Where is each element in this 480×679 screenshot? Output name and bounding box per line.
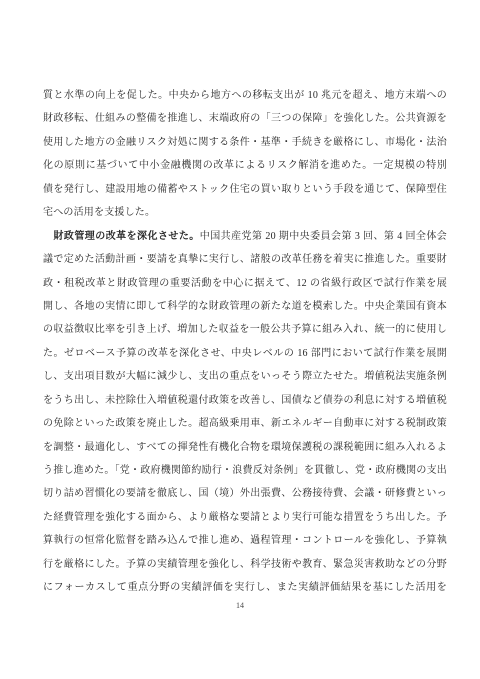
text-line: 議で定めた活動計画・要請を真摯に実行し、諸般の改革任務を着実に推進した。重要財 [43, 248, 447, 271]
page-number: 14 [0, 601, 480, 610]
text-line: 行を厳格にした。予算の実績管理を強化し、科学技術や教育、緊急災害救助などの分野 [43, 553, 447, 576]
text-line: にフォーカスして重点分野の実績評価を実行し、また実績評価結果を基にした活用を [43, 576, 447, 599]
text-line: 算執行の恒常化監督を踏み込んで推し進め、過程管理・コントロールを強化し、予算執 [43, 529, 447, 552]
text-line: し、支出項目数が大幅に減少し、支出の重点をいっそう際立たせた。増値税法実施条例 [43, 365, 447, 388]
text-line: う推し進めた。「党・政府機関節約励行・浪費反対条例」を貫徹し、党・政府機関の支出 [43, 459, 447, 482]
text-line: 政・租税改革と財政管理の重要活動を中心に据えて、12 の省級行政区で試行作業を展 [43, 272, 447, 295]
document-body: 質と水準の向上を促した。中央から地方への移転支出が 10 兆元を超え、地方末端へ… [43, 84, 447, 600]
document-page: 質と水準の向上を促した。中央から地方への移転支出が 10 兆元を超え、地方末端へ… [0, 0, 480, 679]
text-line: た。ゼロベース予算の改革を深化させ、中央レベルの 16 部門において試行作業を展… [43, 342, 447, 365]
text-line: 宅への活用を支援した。 [43, 201, 447, 224]
text-line: の収益徴収比率を引き上げ、増加した収益を一般公共予算に組み入れ、統一的に使用し [43, 318, 447, 341]
text-line: を調整・最適化し、すべての揮発性有機化合物を環境保護税の課税範囲に組み入れるよ [43, 436, 447, 459]
text-line: 開し、各地の実情に即して科学的な財政管理の新たな道を模索した。中央企業国有資本 [43, 295, 447, 318]
text-line: をうち出し、未控除仕入増値税還付政策を改善し、国債など債券の利息に対する増値税 [43, 389, 447, 412]
paragraph-lead-bold: 財政管理の改革を深化させた。 [43, 231, 200, 242]
text-line: 化の原則に基づいて中小金融機関の改革によるリスク解消を進めた。一定規模の特別 [43, 154, 447, 177]
text-line: 債を発行し、建設用地の備蓄やストック住宅の買い取りという手段を通じて、保障型住 [43, 178, 447, 201]
text-line: 財政移転、仕組みの整備を推進し、末端政府の「三つの保障」を強化した。公共資源を [43, 107, 447, 130]
text-line: 切り詰め習慣化の要請を徹底し、国（境）外出張費、公務接待費、会議・研修費といっ [43, 482, 447, 505]
text-line: 財政管理の改革を深化させた。中国共産党第 20 期中央委員会第 3 回、第 4 … [43, 225, 447, 248]
text-line: た経費管理を強化する面から、より厳格な要請とより実行可能な措置をうち出した。予 [43, 506, 447, 529]
text-line: 質と水準の向上を促した。中央から地方への移転支出が 10 兆元を超え、地方末端へ… [43, 84, 447, 107]
text-line: 使用した地方の金融リスク対処に関する条件・基準・手続きを厳格にし、市場化・法治 [43, 131, 447, 154]
text-line: の免除といった政策を廃止した。超高級乗用車、新エネルギー自動車に対する税制政策 [43, 412, 447, 435]
